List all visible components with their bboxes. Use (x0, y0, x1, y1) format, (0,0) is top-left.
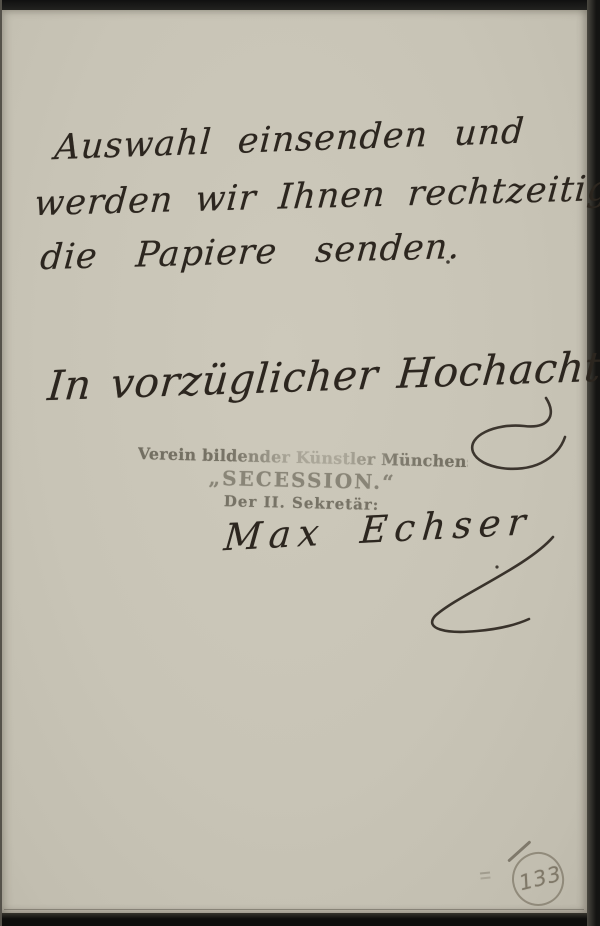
scan-border-right (587, 0, 600, 926)
scan-border-bottom (0, 913, 600, 926)
scan-border-left (0, 0, 2, 926)
scanned-letter-page: Auswahl einsenden und werden wir Ihnen r… (0, 0, 600, 926)
page-number: 133 (517, 861, 565, 895)
scan-border-top (0, 0, 600, 10)
paper-bottom-edge (4, 909, 584, 910)
